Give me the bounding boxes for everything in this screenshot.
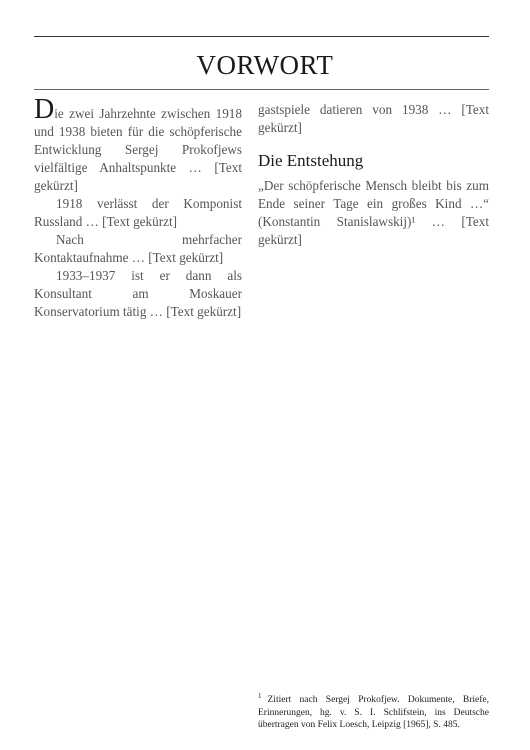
paragraph: 1918 verlässt der Komponist Russland … [… (34, 195, 242, 231)
footnote-text: Zitiert nach Sergej Prokofjew. Dokumente… (258, 695, 489, 730)
paragraph: 1933–1937 ist er dann als Konsultant am … (34, 267, 242, 321)
header-rule-bottom (34, 89, 489, 90)
footnote-marker: 1 (258, 692, 262, 700)
header-rule-top (34, 36, 489, 37)
paragraph-text: ie zwei Jahrzehnte zwischen 1918 und 193… (34, 106, 242, 193)
paragraph: Die zwei Jahrzehnte zwischen 1918 und 19… (34, 101, 242, 195)
paragraph: Nach mehrfacher Kontaktaufnahme … [Text … (34, 231, 242, 267)
paragraph: „Der schöpferische Mensch bleibt bis zum… (258, 177, 489, 249)
drop-cap: D (34, 94, 54, 125)
paragraph: gastspiele datieren von 1938 … [Text gek… (258, 101, 489, 137)
footnote: 1Zitiert nach Sergej Prokofjew. Dokument… (258, 690, 489, 732)
section-heading: Die Entstehung (258, 151, 489, 171)
left-column: Die zwei Jahrzehnte zwischen 1918 und 19… (34, 101, 242, 321)
right-column: gastspiele datieren von 1938 … [Text gek… (258, 101, 489, 249)
page-title: VORWORT (0, 50, 530, 81)
